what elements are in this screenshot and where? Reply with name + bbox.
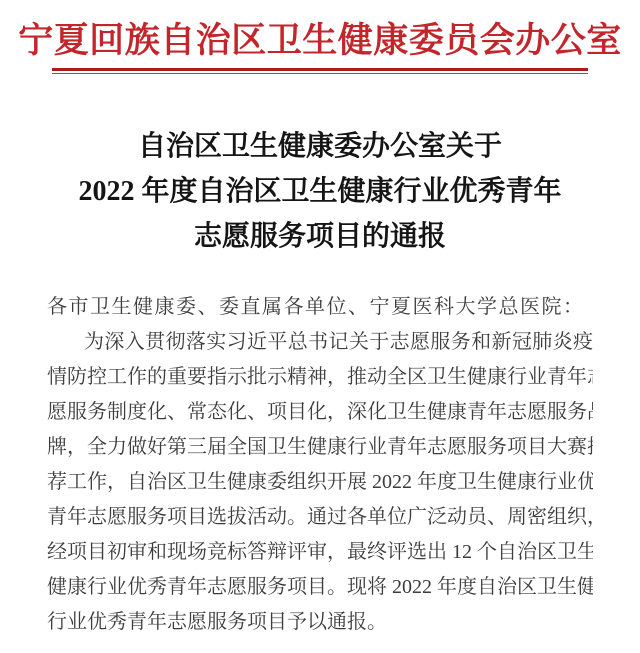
salutation-line: 各市卫生健康委、委直属各单位、宁夏医科大学总医院： [47,290,593,325]
title-line-2: 2022 年度自治区卫生健康行业优秀青年 [0,169,640,214]
letterhead: 宁夏回族自治区卫生健康委员会办公室 [0,0,640,74]
title-line-3: 志愿服务项目的通报 [0,214,640,259]
body-line-last: 行业优秀青年志愿服务项目予以通报。 [47,605,593,640]
document-page: 宁夏回族自治区卫生健康委员会办公室 自治区卫生健康委办公室关于 2022 年度自… [0,0,640,653]
letterhead-double-rule [52,68,588,74]
body-line: 愿服务制度化、常态化、项目化，深化卫生健康青年志愿服务品 [47,395,593,430]
body-line: 经项目初审和现场竞标答辩评审，最终评选出 12 个自治区卫生 [47,535,593,570]
body-line: 青年志愿服务项目选拔活动。通过各单位广泛动员、周密组织， [47,500,593,535]
body-line: 情防控工作的重要指示批示精神，推动全区卫生健康行业青年志 [47,360,593,395]
body-line: 健康行业优秀青年志愿服务项目。现将 2022 年度自治区卫生健康 [47,570,593,605]
body-line: 为深入贯彻落实习近平总书记关于志愿服务和新冠肺炎疫 [47,325,593,360]
title-line-1: 自治区卫生健康委办公室关于 [0,124,640,169]
document-title: 自治区卫生健康委办公室关于 2022 年度自治区卫生健康行业优秀青年 志愿服务项… [0,124,640,259]
body-line: 牌，全力做好第三届全国卫生健康行业青年志愿服务项目大赛推 [47,430,593,465]
body-line: 荐工作，自治区卫生健康委组织开展 2022 年度卫生健康行业优秀 [47,465,593,500]
document-body: 各市卫生健康委、委直属各单位、宁夏医科大学总医院： 为深入贯彻落实习近平总书记关… [47,290,593,640]
letterhead-org-name: 宁夏回族自治区卫生健康委员会办公室 [18,13,622,63]
